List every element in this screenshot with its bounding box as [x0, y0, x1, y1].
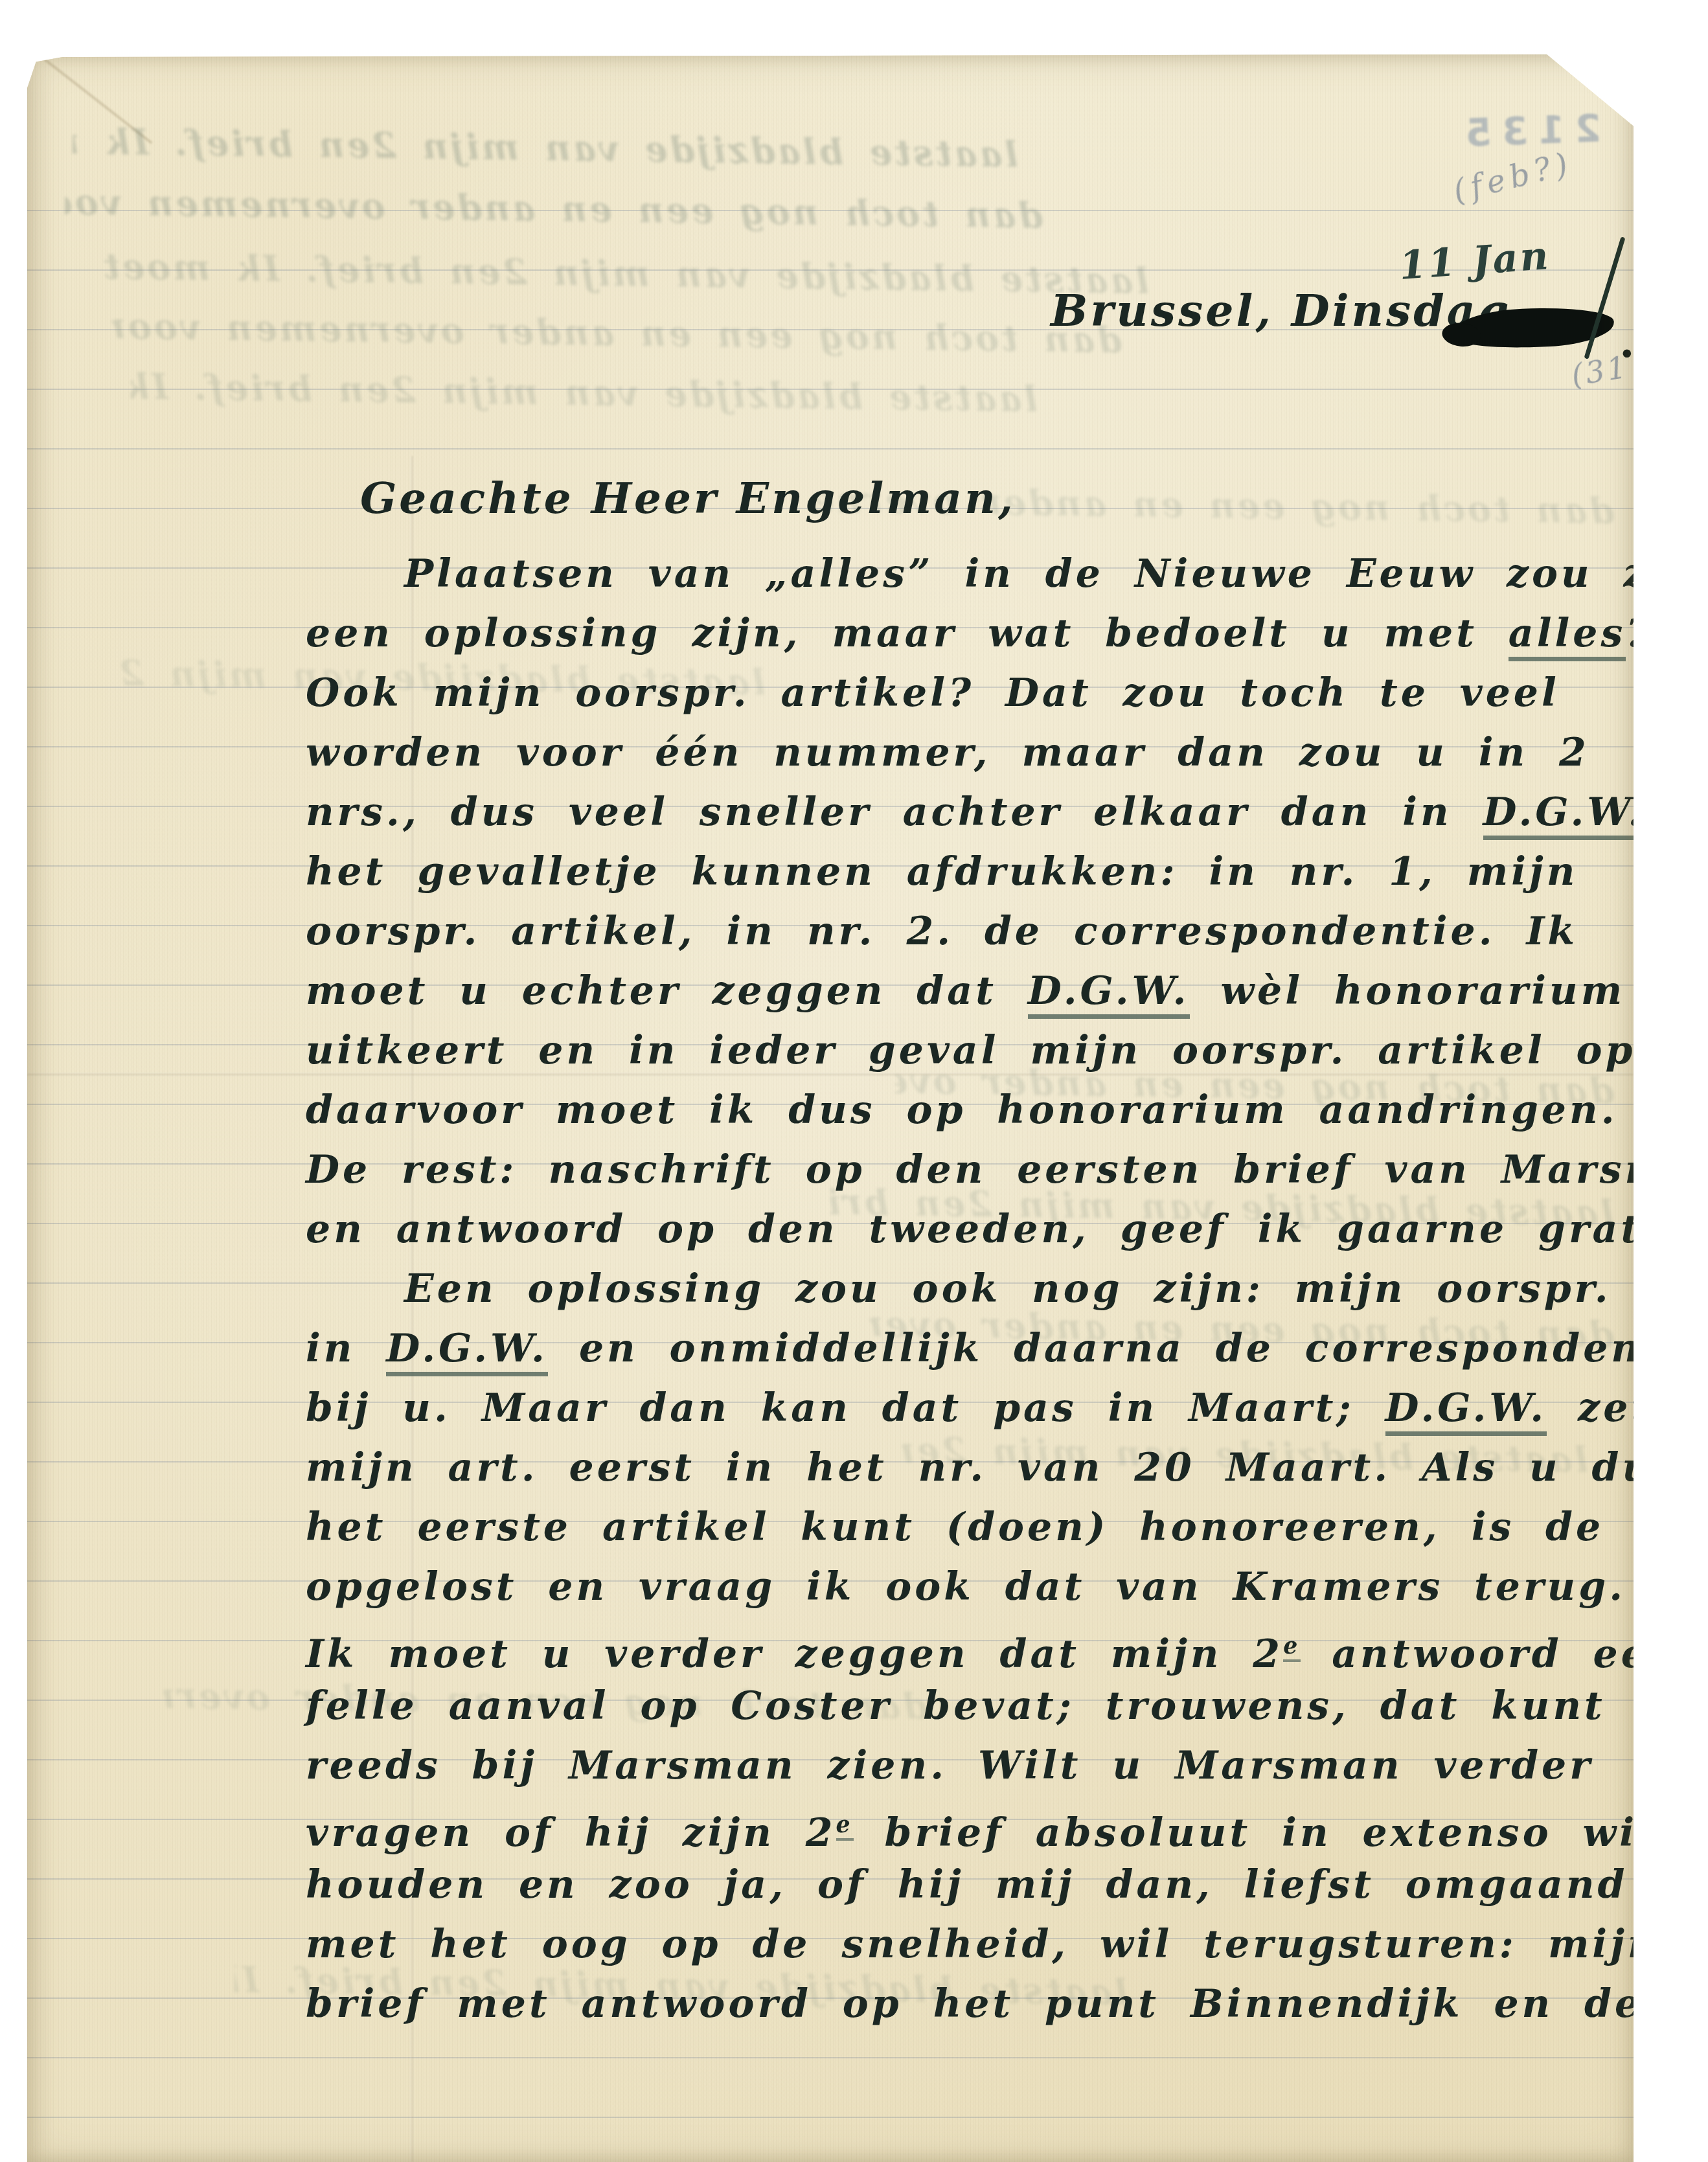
- letter-line-segment: worden voor één nummer, maar dan zou u i…: [306, 730, 1589, 775]
- salutation: Geachte Heer Engelman,: [360, 473, 1016, 523]
- letter-line-segment: uitkeert en in ieder geval mijn oorspr. …: [306, 1028, 1708, 1073]
- letter-line-segment: D.G.W.: [1028, 968, 1190, 1019]
- letter-line: opgelost en vraag ik ook dat van Kramers…: [306, 1557, 1705, 1617]
- letter-line: daarvoor moet ik dus op honorarium aandr…: [306, 1080, 1705, 1140]
- letter-line: nrs., dus veel sneller achter elkaar dan…: [306, 782, 1705, 842]
- letter-line: Plaatsen van „alles” in de Nieuwe Eeuw z…: [306, 544, 1705, 604]
- bleedthrough-archive-number: 2135: [1387, 106, 1602, 157]
- letter-line-segment: bij u. Maar dan kan dat pas in Maart;: [306, 1385, 1385, 1431]
- letter-line-segment: moet u echter zeggen dat: [306, 968, 1028, 1014]
- bleedthrough-text: laatste bladzijde van mijn 2en brief. Ik…: [131, 365, 1038, 420]
- letter-line-segment: ,: [1645, 790, 1661, 835]
- letter-line-segment: vragen of hij zijn 2: [306, 1810, 836, 1856]
- letter-line-segment: daarvoor moet ik dus op honorarium aandr…: [306, 1087, 1618, 1133]
- letter-line-segment: het gevalletje kunnen afdrukken: in nr. …: [306, 849, 1578, 894]
- letter-line: brief met antwoord op het punt Binnendij…: [306, 1974, 1705, 2034]
- letter-line-segment: opgelost en vraag ik ook dat van Kramers…: [306, 1564, 1680, 1610]
- date-correction: 11 Jan: [1398, 233, 1552, 289]
- letter-line: het gevalletje kunnen afdrukken: in nr. …: [306, 842, 1705, 902]
- letter-line: in D.G.W. en onmiddellijk daarna de corr…: [306, 1319, 1705, 1378]
- letter-line-segment: oorspr. artikel, in nr. 2. de correspond…: [306, 909, 1578, 954]
- letter-line: vragen of hij zijn 2e brief absoluut in …: [306, 1795, 1705, 1855]
- corner-fold-crease: [44, 58, 153, 144]
- letter-line: moet u echter zeggen dat D.G.W. wèl hono…: [306, 961, 1705, 1021]
- letter-line: met het oog op de snelheid, wil terugstu…: [306, 1915, 1705, 1974]
- letter-line-segment: nrs., dus veel sneller achter elkaar dan…: [306, 790, 1483, 835]
- letter-line-segment: in: [306, 1326, 386, 1371]
- letter-line-segment: een oplossing zijn, maar wat bedoelt u m…: [306, 611, 1509, 656]
- letter-line-segment: brief absoluut in extenso wil: [854, 1810, 1656, 1856]
- letter-line: en antwoord op den tweeden, geef ik gaar…: [306, 1200, 1705, 1259]
- bleedthrough-text: laatste bladzijde van mijn 2en brief. Ik…: [73, 120, 1019, 175]
- letter-line-segment: e: [836, 1812, 854, 1841]
- letter-line: een oplossing zijn, maar wat bedoelt u m…: [306, 604, 1705, 663]
- body-text: Plaatsen van „alles” in de Nieuwe Eeuw z…: [306, 544, 1705, 2034]
- letter-line-segment: Plaatsen van „alles” in de Nieuwe Eeuw z…: [404, 551, 1708, 597]
- letter-line-segment: ?: [1626, 611, 1652, 656]
- letter-line: uitkeert en in ieder geval mijn oorspr. …: [306, 1021, 1705, 1080]
- letter-line-segment: reeds bij Marsman zien. Wilt u Marsman v…: [306, 1743, 1593, 1788]
- letter-line-segment: felle aanval op Coster bevat; trouwens, …: [306, 1683, 1668, 1729]
- date-period-mark: .: [1619, 316, 1635, 368]
- letter-line-segment: Ik moet u verder zeggen dat mijn 2: [306, 1632, 1283, 1677]
- letter-line: felle aanval op Coster bevat; trouwens, …: [306, 1676, 1705, 1736]
- letter-line-segment: en antwoord op den tweeden, geef ik gaar…: [306, 1207, 1702, 1252]
- letter-line-segment: houden en zoo ja, of hij mij dan, liefst…: [306, 1862, 1628, 1907]
- letter-line: worden voor één nummer, maar dan zou u i…: [306, 723, 1705, 782]
- letter-line-segment: Ook mijn oorspr. artikel? Dat zou toch t…: [306, 670, 1560, 716]
- bleedthrough-text: dan toch nog een en ander overnemen voor…: [111, 305, 1122, 361]
- letter-line-segment: zet: [1547, 1385, 1652, 1431]
- bleedthrough-text: dan toch nog een en ander overnemen voor…: [65, 181, 1043, 236]
- letter-line: reeds bij Marsman zien. Wilt u Marsman v…: [306, 1736, 1705, 1795]
- letter-line-segment: D.G.W.: [386, 1326, 548, 1376]
- letter-line: mijn art. eerst in het nr. van 20 Maart.…: [306, 1438, 1705, 1497]
- letter-line: oorspr. artikel, in nr. 2. de correspond…: [306, 902, 1705, 961]
- letter-line-segment: e: [1283, 1633, 1301, 1662]
- letter-line: het eerste artikel kunt (doen) honoreere…: [306, 1497, 1705, 1557]
- letter-line: De rest: naschrift op den eersten brief …: [306, 1140, 1705, 1200]
- letter-line-segment: Een oplossing zou ook nog zijn: mijn oor…: [404, 1266, 1708, 1312]
- letter-line-segment: met het oog op de snelheid, wil terugstu…: [306, 1922, 1659, 1967]
- pencil-annotation-month: (feb?): [1450, 145, 1577, 210]
- letter-line-segment: antwoord een: [1301, 1632, 1680, 1677]
- letter-line: Ook mijn oorspr. artikel? Dat zou toch t…: [306, 663, 1705, 723]
- letter-line-segment: wèl honorarium: [1190, 968, 1626, 1014]
- letter-line: houden en zoo ja, of hij mij dan, liefst…: [306, 1855, 1705, 1915]
- bleedthrough-text: laatste bladzijde van mijn 2en brief. Ik…: [87, 245, 1150, 302]
- letter-line: Een oplossing zou ook nog zijn: mijn oor…: [306, 1259, 1705, 1319]
- letter-line: bij u. Maar dan kan dat pas in Maart; D.…: [306, 1378, 1705, 1438]
- scan-background: laatste bladzijde van mijn 2en brief. Ik…: [0, 0, 1708, 2162]
- letter-line-segment: mijn art. eerst in het nr. van 20 Maart.…: [306, 1445, 1679, 1490]
- letter-line-segment: brief met antwoord op het punt Binnendij…: [306, 1981, 1643, 2027]
- letter-line-segment: D.G.W.: [1483, 790, 1645, 840]
- letter-line-segment: D.G.W.: [1385, 1385, 1547, 1436]
- letter-line-segment: het eerste artikel kunt (doen) honoreere…: [306, 1505, 1708, 1550]
- letter-line: Ik moet u verder zeggen dat mijn 2e antw…: [306, 1617, 1705, 1676]
- letter-line-segment: alles: [1509, 611, 1626, 661]
- letter-line-segment: De rest: naschrift op den eersten brief …: [306, 1147, 1708, 1192]
- letter-line-segment: en onmiddellijk daarna de correspondenti…: [548, 1326, 1708, 1371]
- letter-paper: laatste bladzijde van mijn 2en brief. Ik…: [27, 54, 1634, 2162]
